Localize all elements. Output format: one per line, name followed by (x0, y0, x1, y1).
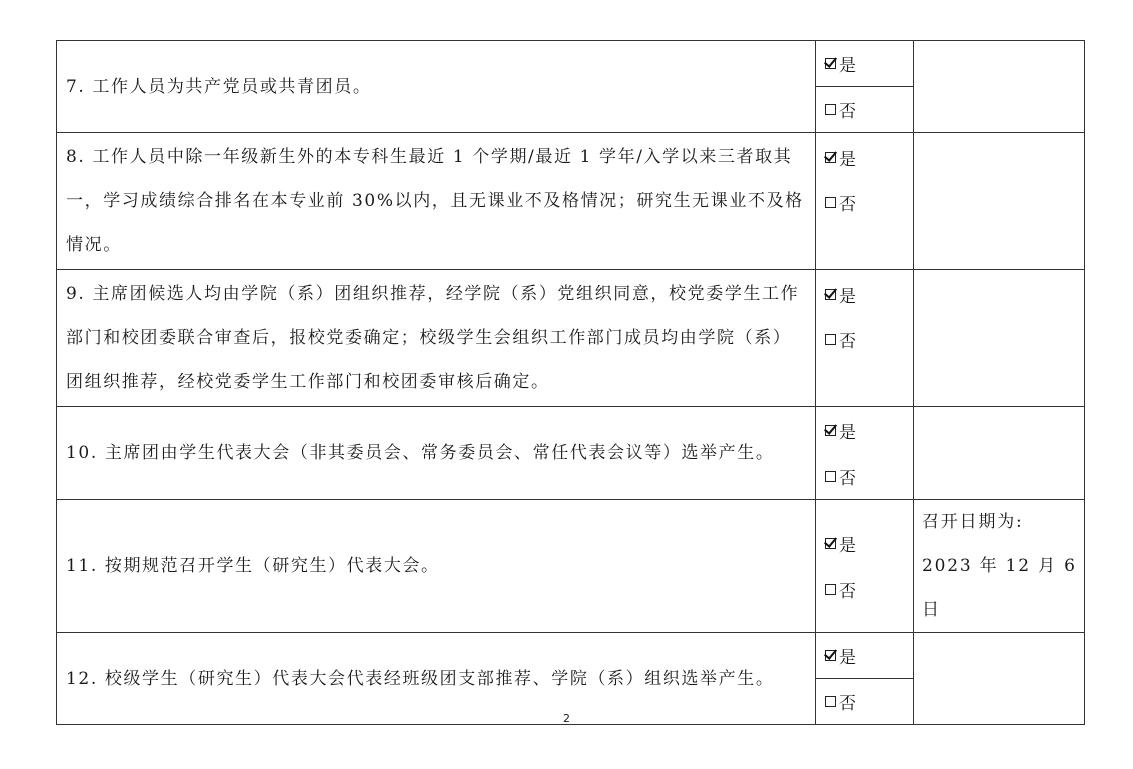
page-number: 2 (0, 712, 1133, 725)
meeting-date-label: 召开日期为: (914, 500, 1084, 544)
no-label: 否 (839, 464, 856, 489)
yes-label: 是 (839, 282, 856, 307)
item-cell: 7. 工作人员为共产党员或共青团员。 (57, 41, 816, 133)
yes-label: 是 (839, 51, 856, 76)
unchecked-box-icon[interactable] (825, 334, 836, 345)
no-option[interactable]: 否 (816, 180, 913, 224)
table-row: 11. 按期规范召开学生（研究生）代表大会。 是 否 召开日期为: 2023 年… (57, 500, 1085, 633)
check-cell: 是 否 (816, 633, 914, 725)
item-cell: 11. 按期规范召开学生（研究生）代表大会。 (57, 500, 816, 633)
unchecked-box-icon[interactable] (825, 696, 836, 707)
yes-option[interactable]: 是 (816, 134, 913, 180)
check-cell: 是 否 (816, 41, 914, 133)
item-text: 8. 工作人员中除一年级新生外的本专科生最近 1 个学期/最近 1 学年/入学以… (57, 135, 815, 267)
checked-box-icon[interactable] (825, 289, 836, 300)
unchecked-box-icon[interactable] (825, 471, 836, 482)
unchecked-box-icon[interactable] (825, 197, 836, 208)
checklist-table: 7. 工作人员为共产党员或共青团员。 是 否 8. 工作人员中除一年级新生外的本… (56, 40, 1085, 725)
table-row: 8. 工作人员中除一年级新生外的本专科生最近 1 个学期/最近 1 学年/入学以… (57, 133, 1085, 270)
no-label: 否 (839, 327, 856, 352)
checked-box-icon[interactable] (825, 152, 836, 163)
yes-label: 是 (839, 531, 856, 556)
note-cell (914, 633, 1085, 725)
unchecked-box-icon[interactable] (825, 104, 836, 115)
checked-box-icon[interactable] (825, 650, 836, 661)
no-option[interactable]: 否 (816, 87, 913, 132)
item-cell: 10. 主席团由学生代表大会（非其委员会、常务委员会、常任代表会议等）选举产生。 (57, 407, 816, 500)
yes-label: 是 (839, 145, 856, 170)
note-cell: 召开日期为: 2023 年 12 月 6 日 (914, 500, 1085, 633)
check-cell: 是 否 (816, 270, 914, 407)
table-row: 7. 工作人员为共产党员或共青团员。 是 否 (57, 41, 1085, 133)
no-option[interactable]: 否 (816, 567, 913, 612)
yes-label: 是 (839, 418, 856, 443)
item-text: 9. 主席团候选人均由学院（系）团组织推荐，经学院（系）党组织同意，校党委学生工… (57, 272, 815, 404)
no-option[interactable]: 否 (816, 317, 913, 361)
note-cell (914, 41, 1085, 133)
checked-box-icon[interactable] (825, 538, 836, 549)
no-label: 否 (839, 577, 856, 602)
yes-option[interactable]: 是 (816, 633, 913, 679)
table-row: 12. 校级学生（研究生）代表大会代表经班级团支部推荐、学院（系）组织选举产生。… (57, 633, 1085, 725)
no-label: 否 (839, 689, 856, 714)
item-text: 10. 主席团由学生代表大会（非其委员会、常务委员会、常任代表会议等）选举产生。 (57, 431, 815, 475)
check-cell: 是 否 (816, 500, 914, 633)
item-text: 7. 工作人员为共产党员或共青团员。 (57, 65, 815, 109)
table-row: 9. 主席团候选人均由学院（系）团组织推荐，经学院（系）党组织同意，校党委学生工… (57, 270, 1085, 407)
yes-option[interactable]: 是 (816, 271, 913, 317)
yes-option[interactable]: 是 (816, 407, 913, 453)
note-cell (914, 407, 1085, 500)
meeting-date-value: 2023 年 12 月 6 日 (914, 544, 1084, 632)
checked-box-icon[interactable] (825, 58, 836, 69)
checked-box-icon[interactable] (825, 425, 836, 436)
item-text: 12. 校级学生（研究生）代表大会代表经班级团支部推荐、学院（系）组织选举产生。 (57, 657, 815, 701)
item-cell: 12. 校级学生（研究生）代表大会代表经班级团支部推荐、学院（系）组织选举产生。 (57, 633, 816, 725)
item-cell: 9. 主席团候选人均由学院（系）团组织推荐，经学院（系）党组织同意，校党委学生工… (57, 270, 816, 407)
no-label: 否 (839, 97, 856, 122)
no-label: 否 (839, 190, 856, 215)
no-option[interactable]: 否 (816, 453, 913, 499)
unchecked-box-icon[interactable] (825, 584, 836, 595)
yes-option[interactable]: 是 (816, 41, 913, 87)
yes-label: 是 (839, 643, 856, 668)
check-cell: 是 否 (816, 133, 914, 270)
table-row: 10. 主席团由学生代表大会（非其委员会、常务委员会、常任代表会议等）选举产生。… (57, 407, 1085, 500)
note-cell (914, 270, 1085, 407)
item-text: 11. 按期规范召开学生（研究生）代表大会。 (57, 544, 815, 588)
item-cell: 8. 工作人员中除一年级新生外的本专科生最近 1 个学期/最近 1 学年/入学以… (57, 133, 816, 270)
note-cell (914, 133, 1085, 270)
yes-option[interactable]: 是 (816, 521, 913, 567)
check-cell: 是 否 (816, 407, 914, 500)
